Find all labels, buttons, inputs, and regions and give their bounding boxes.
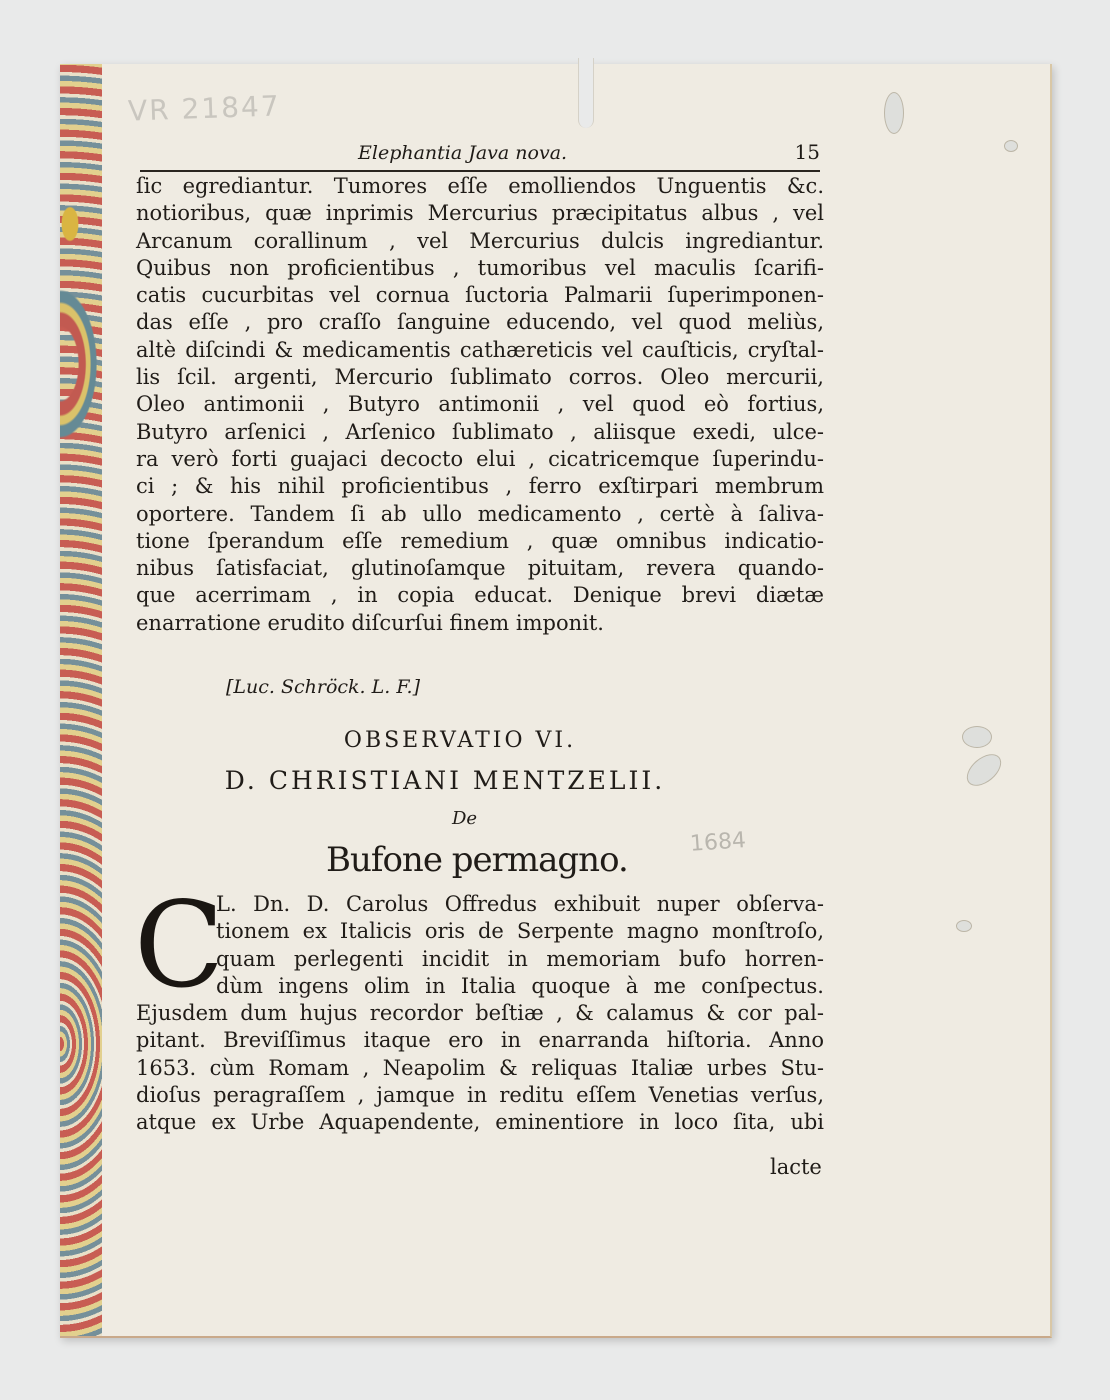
text-line: tione ſperandum eſſe remedium , quæ omni… [136, 528, 824, 555]
text-line: 1653. cùm Romam , Neapolim & reliquas It… [136, 1055, 824, 1082]
text-line: nibus ſatisfaciat, glutinoſamque pituita… [136, 555, 824, 582]
author-heading: D. CHRISTIANI MENTZELII. [136, 766, 824, 795]
text-line: dioſus peragraſſem , jamque in reditu eſ… [136, 1082, 824, 1109]
text-line: Oleo antimonii , Butyro antimonii , vel … [136, 391, 824, 418]
text-line: ci ; & his nihil proficientibus , ferro … [136, 473, 824, 500]
text-line: que acerrimam , in copia educat. Denique… [136, 582, 824, 609]
catchword: lacte [770, 1155, 822, 1179]
paper-hole [884, 92, 904, 134]
text-line: catis cucurbitas vel cornua ſuctoria Pal… [136, 282, 824, 309]
text-line: dùm ingens olim in Italia quoque à me co… [136, 973, 824, 1000]
text-line: Ejusdem dum hujus recordor beſtiæ , & ca… [136, 1000, 824, 1027]
paragraph-2: L. Dn. D. Carolus Offredus exhibuit nupe… [136, 891, 824, 1137]
text-line: Arcanum corallinum , vel Mercurius dulci… [136, 228, 824, 255]
text-line: enarratione erudito diſcurſui finem impo… [136, 610, 824, 637]
text-line: tionem ex Italicis oris de Serpente magn… [136, 918, 824, 945]
text-line: quam perlegenti incidit in memoriam bufo… [136, 946, 824, 973]
running-title: Elephantia Java nova. [358, 142, 567, 164]
observation-title: OBSERVATIO VI. [136, 728, 824, 753]
page-tear [578, 58, 594, 128]
de-label: De [452, 808, 477, 829]
text-line: L. Dn. D. Carolus Offredus exhibuit nupe… [136, 891, 824, 918]
text-line: oportere. Tandem ſi ab ullo medicamento … [136, 501, 824, 528]
pencil-date-annotation: 1684 [689, 828, 747, 857]
running-head: Elephantia Java nova. 15 [140, 138, 820, 172]
paragraph-1: ſic egrediantur. Tumores eſſe emolliendo… [136, 173, 824, 637]
accession-mark: VR 21847 [127, 89, 281, 127]
text-line: ra verò forti guajaci decocto elui , cic… [136, 446, 824, 473]
text-line: Quibus non proficientibus , tumoribus ve… [136, 255, 824, 282]
signature: [Luc. Schröck. L. F.] [226, 676, 420, 698]
text-line: atque ex Urbe Aquapendente, eminentiore … [136, 1109, 824, 1136]
marbled-edge [60, 64, 102, 1336]
page-number: 15 [795, 140, 820, 164]
text-line: altè diſcindi & medicamentis cathæretici… [136, 337, 824, 364]
paper-hole [1004, 140, 1018, 152]
paper-hole [956, 920, 972, 932]
paper-hole [962, 726, 992, 748]
text-line: das eſſe , pro craſſo ſanguine educendo,… [136, 309, 824, 336]
subject-heading: Bufone permagno. [326, 840, 628, 880]
text-line: notioribus, quæ inprimis Mercurius præci… [136, 200, 824, 227]
text-line: lis ſcil. argenti, Mercurio ſublimato co… [136, 364, 824, 391]
text-line: ſic egrediantur. Tumores eſſe emolliendo… [136, 173, 824, 200]
text-line: pitant. Breviſſimus itaque ero in enarra… [136, 1027, 824, 1054]
text-line: Butyro arſenici , Arſenico ſublimato , a… [136, 419, 824, 446]
